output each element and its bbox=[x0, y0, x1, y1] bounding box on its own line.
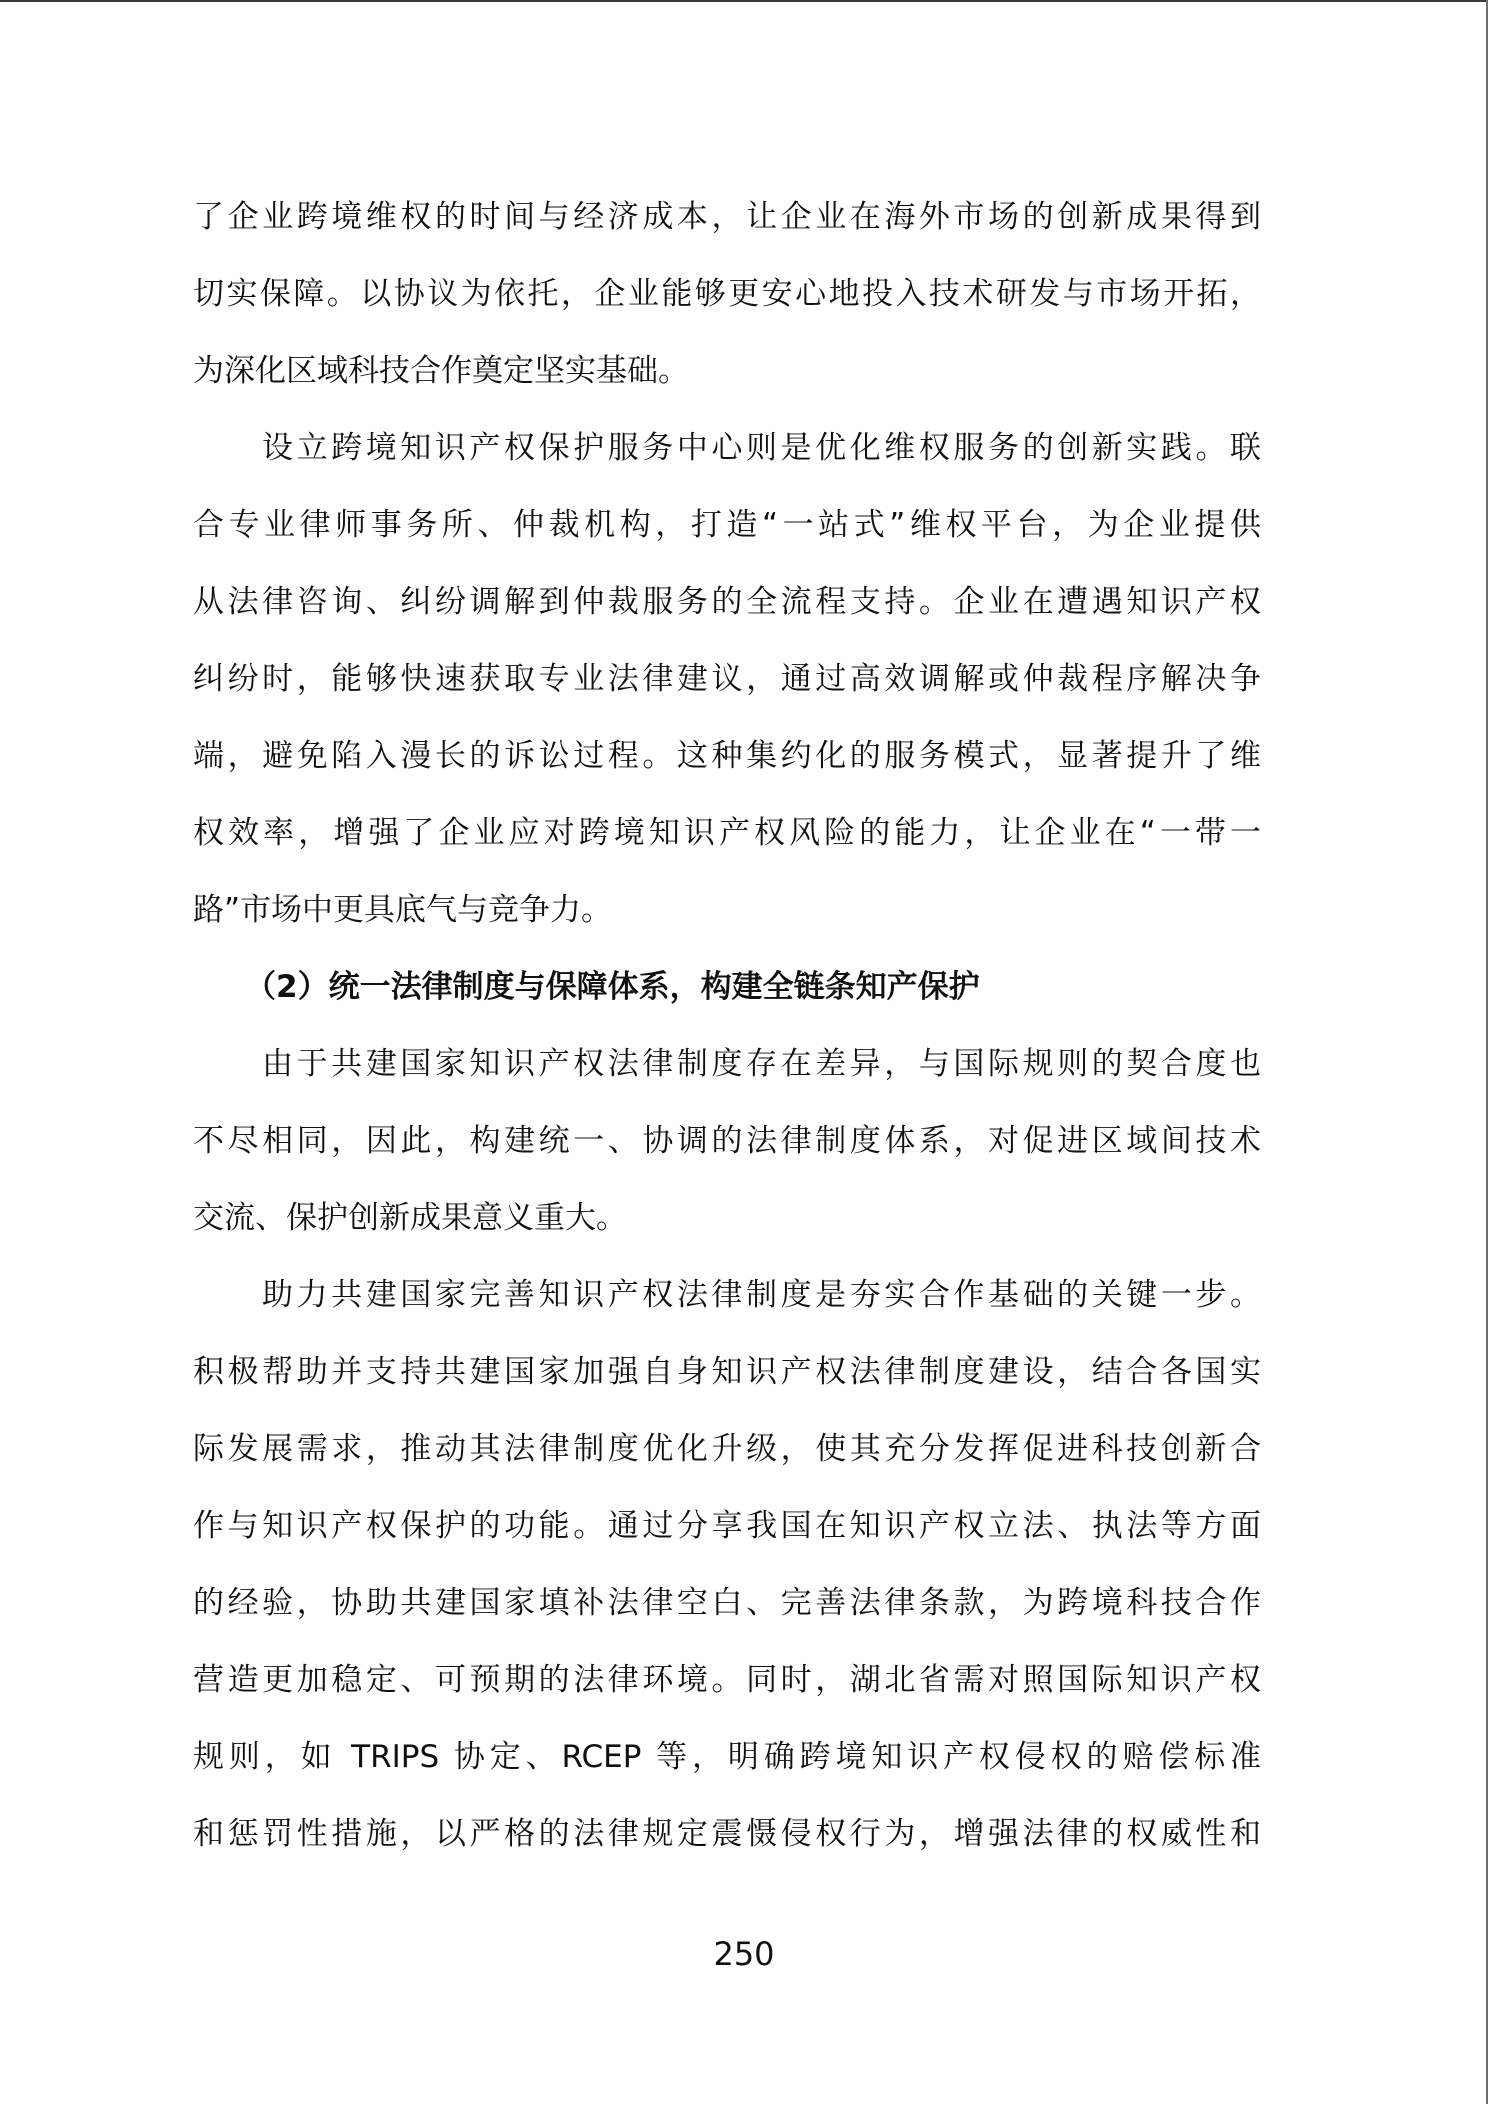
page-number: 250 bbox=[0, 1934, 1488, 1974]
text-line: 积极帮助并支持共建国家加强自身知识产权法律制度建设，结合各国实 bbox=[193, 1341, 1261, 1418]
text-line: 助力共建国家完善知识产权法律制度是夯实合作基础的关键一步。 bbox=[193, 1264, 1261, 1341]
paragraph-continuation: 了企业跨境维权的时间与经济成本，让企业在海外市场的创新成果得到 切实保障。以协议… bbox=[193, 186, 1261, 417]
page-top-border bbox=[0, 0, 1488, 2]
text-line: 合专业律师事务所、仲裁机构，打造“一站式”维权平台，为企业提供 bbox=[193, 494, 1261, 571]
text-line: 由于共建国家知识产权法律制度存在差异，与国际规则的契合度也 bbox=[193, 1033, 1261, 1110]
page-body: 了企业跨境维权的时间与经济成本，让企业在海外市场的创新成果得到 切实保障。以协议… bbox=[193, 186, 1261, 1880]
text-line: 了企业跨境维权的时间与经济成本，让企业在海外市场的创新成果得到 bbox=[193, 186, 1261, 263]
text-line: 的经验，协助共建国家填补法律空白、完善法律条款，为跨境科技合作 bbox=[193, 1572, 1261, 1649]
paragraph-legal-differences: 由于共建国家知识产权法律制度存在差异，与国际规则的契合度也 不尽相同，因此，构建… bbox=[193, 1033, 1261, 1264]
paragraph-legal-improvement: 助力共建国家完善知识产权法律制度是夯实合作基础的关键一步。 积极帮助并支持共建国… bbox=[193, 1264, 1261, 1880]
text-line: 营造更加稳定、可预期的法律环境。同时，湖北省需对照国际知识产权 bbox=[193, 1649, 1261, 1726]
text-line: 端，避免陷入漫长的诉讼过程。这种集约化的服务模式，显著提升了维 bbox=[193, 725, 1261, 802]
text-line: 为深化区域科技合作奠定坚实基础。 bbox=[193, 340, 1261, 417]
text-line: 纠纷时，能够快速获取专业法律建议，通过高效调解或仲裁程序解决争 bbox=[193, 648, 1261, 725]
text-line: 和惩罚性措施，以严格的法律规定震慑侵权行为，增强法律的权威性和 bbox=[193, 1803, 1261, 1880]
text-line: 权效率，增强了企业应对跨境知识产权风险的能力，让企业在“一带一 bbox=[193, 802, 1261, 879]
text-line: 际发展需求，推动其法律制度优化升级，使其充分发挥促进科技创新合 bbox=[193, 1418, 1261, 1495]
text-line: 从法律咨询、纠纷调解到仲裁服务的全流程支持。企业在遭遇知识产权 bbox=[193, 571, 1261, 648]
text-line: 切实保障。以协议为依托，企业能够更安心地投入技术研发与市场开拓， bbox=[193, 263, 1261, 340]
text-line: 规则，如 TRIPS 协定、RCEP 等，明确跨境知识产权侵权的赔偿标准 bbox=[193, 1726, 1261, 1803]
text-line: 设立跨境知识产权保护服务中心则是优化维权服务的创新实践。联 bbox=[193, 417, 1261, 494]
section-heading: （2）统一法律制度与保障体系，构建全链条知产保护 bbox=[193, 956, 1261, 1033]
text-line: 路”市场中更具底气与竞争力。 bbox=[193, 879, 1261, 956]
text-line: 不尽相同，因此，构建统一、协调的法律制度体系，对促进区域间技术 bbox=[193, 1110, 1261, 1187]
paragraph-service-center: 设立跨境知识产权保护服务中心则是优化维权服务的创新实践。联 合专业律师事务所、仲… bbox=[193, 417, 1261, 956]
text-line: 作与知识产权保护的功能。通过分享我国在知识产权立法、执法等方面 bbox=[193, 1495, 1261, 1572]
text-line: 交流、保护创新成果意义重大。 bbox=[193, 1187, 1261, 1264]
